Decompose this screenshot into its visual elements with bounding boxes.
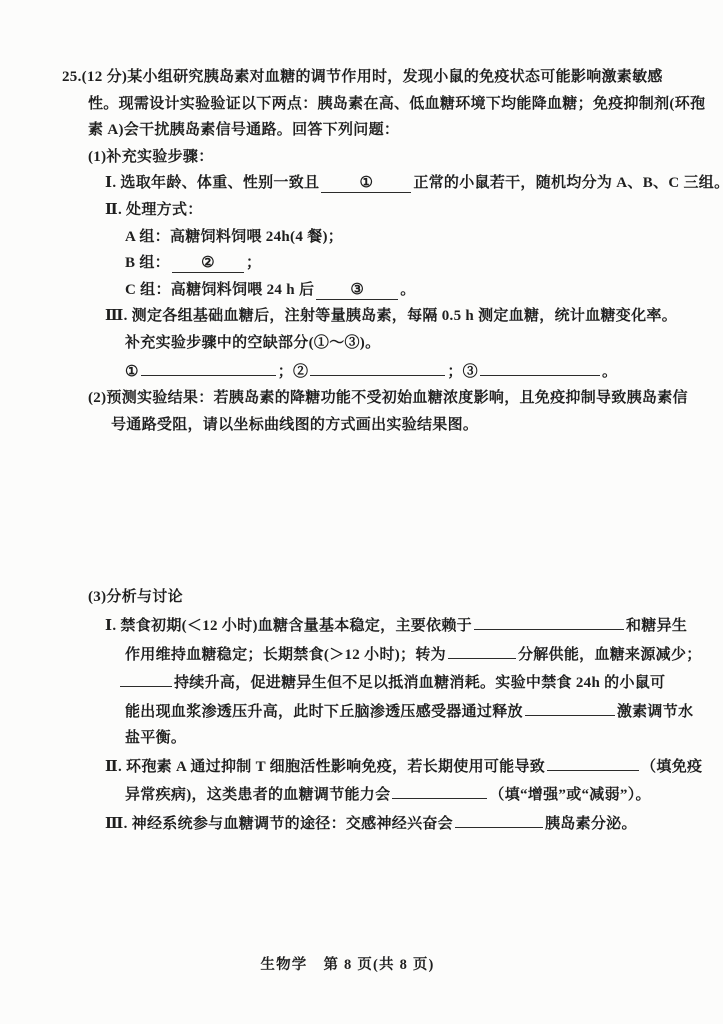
part3-d1-line-4: 能出现血浆渗透压升高，此时下丘脑渗透压感受器通过释放激素调节水 [125, 697, 677, 726]
part3-d1-pre-4: 能出现血浆渗透压升高，此时下丘脑渗透压感受器通过释放 [125, 704, 523, 720]
part3-d3-pre: Ⅲ. 神经系统参与血糖调节的途径：交感神经兴奋会 [105, 816, 453, 832]
part3-d1-post-1: 和糖异生 [626, 618, 687, 634]
page-footer: 生物学第 8 页(共 8 页) [40, 952, 655, 979]
curve-drawing-space [62, 438, 677, 584]
part3-d1-line-1: Ⅰ. 禁食初期(＜12 小时)血糖含量基本稳定，主要依赖于和糖异生 [105, 611, 677, 640]
part1-step1-pre: Ⅰ. 选取年龄、体重、性别一致且 [105, 175, 319, 191]
answer-line-blank-1 [141, 357, 276, 376]
answer-blank-glycogen [474, 611, 624, 630]
exam-page: 25.(12 分)某小组研究胰岛素对血糖的调节作用时，发现小鼠的免疫状态可能影响… [0, 0, 723, 1024]
part3-d1-post-2: 分解供能，血糖来源减少； [518, 647, 702, 663]
part2-text-2: 号通路受阻，请以坐标曲线图的方式画出实验结果图。 [111, 417, 478, 433]
part3-d1-post-4: 激素调节水 [617, 704, 694, 720]
question-intro-text-1: 25.(12 分)某小组研究胰岛素对血糖的调节作用时，发现小鼠的免疫状态可能影响… [62, 69, 663, 85]
part1-step2-text: Ⅱ. 处理方式： [105, 202, 203, 218]
part1-groupC-post: 。 [400, 282, 415, 298]
question-intro-text-2: 性。现需设计实验验证以下两点：胰岛素在高、低血糖环境下均能降血糖；免疫抑制剂(环… [88, 96, 705, 112]
question-intro-text-3: 素 A)会干扰胰岛素信号通路。回答下列问题： [88, 122, 399, 138]
part3-d1-text-5: 盐平衡。 [125, 730, 186, 746]
part1-groupB-line: B 组：②； [125, 250, 677, 277]
answer-blank-regulation-ability [392, 780, 487, 799]
part1-ans1-label: ① [125, 364, 139, 380]
part1-groupB-post: ； [246, 255, 261, 271]
part1-groupC-line: C 组：高糖饲料饲喂 24 h 后③。 [125, 277, 677, 304]
part2-line-1: (2)预测实验结果：若胰岛素的降糖功能不受初始血糖浓度影响，且免疫抑制导致胰岛素… [88, 385, 677, 412]
part1-fill-note-text: 补充实验步骤中的空缺部分(①～③)。 [125, 335, 380, 351]
part3-heading: (3)分析与讨论 [88, 584, 677, 611]
part3-d2-line-2: 异常疾病)，这类患者的血糖调节能力会（填“增强”或“减弱”）。 [125, 780, 677, 809]
part3-d1-line-5: 盐平衡。 [125, 725, 677, 752]
part1-step1-post: 正常的小鼠若干，随机均分为 A、B、C 三组。 [413, 175, 723, 191]
part1-step1-line: Ⅰ. 选取年龄、体重、性别一致且①正常的小鼠若干，随机均分为 A、B、C 三组。 [105, 170, 677, 197]
answer-blank-circle2: ② [172, 254, 244, 273]
part3-d2-post-1: （填免疫 [641, 759, 702, 775]
part3-d2-pre-1: Ⅱ. 环孢素 A 通过抑制 T 细胞活性影响免疫，若长期使用可能导致 [105, 759, 545, 775]
part1-heading-text: (1)补充实验步骤： [88, 149, 214, 165]
answer-line-blank-2 [310, 357, 445, 376]
bottom-whitespace [62, 838, 677, 952]
part3-d1-line-2: 作用维持血糖稳定；长期禁食(＞12 小时)；转为分解供能，血糖来源减少； [125, 640, 677, 669]
part3-d1-line-3: 持续升高，促进糖异生但不足以抵消血糖消耗。实验中禁食 24h 的小鼠可 [118, 668, 677, 697]
answer-blank-circle3: ③ [316, 281, 398, 300]
part1-heading: (1)补充实验步骤： [88, 144, 677, 171]
part1-step3-line: Ⅲ. 测定各组基础血糖后，注射等量胰岛素，每隔 0.5 h 测定血糖，统计血糖变… [105, 303, 677, 330]
part3-d2-line-1: Ⅱ. 环孢素 A 通过抑制 T 细胞活性影响免疫，若长期使用可能导致（填免疫 [105, 752, 677, 781]
part2-text-1: (2)预测实验结果：若胰岛素的降糖功能不受初始血糖浓度影响，且免疫抑制导致胰岛素… [88, 390, 688, 406]
part1-groupC-pre: C 组：高糖饲料饲喂 24 h 后 [125, 282, 314, 298]
part1-answer-line: ①；②；③。 [125, 357, 677, 386]
answer-blank-fat [448, 640, 516, 659]
part3-d2-pre-2: 异常疾病)，这类患者的血糖调节能力会 [125, 787, 390, 803]
part1-groupA-text: A 组：高糖饲料饲喂 24h(4 餐)； [125, 229, 343, 245]
answer-blank-immune-disease [547, 752, 639, 771]
part3-d1-pre-1: Ⅰ. 禁食初期(＜12 小时)血糖含量基本稳定，主要依赖于 [105, 618, 472, 634]
answer-blank-sympathetic [455, 809, 543, 828]
part3-d2-post-2: （填“增强”或“减弱”）。 [489, 787, 650, 803]
part3-d1-post-3: 持续升高，促进糖异生但不足以抵消血糖消耗。实验中禁食 24h 的小鼠可 [174, 675, 665, 691]
footer-subject: 生物学 [260, 957, 307, 973]
part1-ans3-label: ；③ [447, 364, 478, 380]
answer-line-blank-3 [480, 357, 600, 376]
part1-groupA-line: A 组：高糖饲料饲喂 24h(4 餐)； [125, 224, 677, 251]
question-intro-line-1: 25.(12 分)某小组研究胰岛素对血糖的调节作用时，发现小鼠的免疫状态可能影响… [62, 64, 677, 91]
part3-d1-pre-2: 作用维持血糖稳定；长期禁食(＞12 小时)；转为 [125, 647, 446, 663]
part2-line-2: 号通路受阻，请以坐标曲线图的方式画出实验结果图。 [111, 412, 677, 439]
answer-blank-circle1: ① [321, 174, 411, 193]
part3-d3-post: 胰岛素分泌。 [545, 816, 637, 832]
part1-groupB-pre: B 组： [125, 255, 170, 271]
part3-d3-line: Ⅲ. 神经系统参与血糖调节的途径：交感神经兴奋会胰岛素分泌。 [105, 809, 677, 838]
question-intro-line-3: 素 A)会干扰胰岛素信号通路。回答下列问题： [88, 117, 677, 144]
answer-blank-adh [525, 697, 615, 716]
part1-step3-text: Ⅲ. 测定各组基础血糖后，注射等量胰岛素，每隔 0.5 h 测定血糖，统计血糖变… [105, 308, 677, 324]
part1-ans2-label: ；② [278, 364, 309, 380]
answer-blank-hormone-rise [120, 668, 172, 687]
footer-page-number: 第 8 页(共 8 页) [324, 957, 435, 973]
part1-fill-note-line: 补充实验步骤中的空缺部分(①～③)。 [125, 330, 677, 357]
question-intro-line-2: 性。现需设计实验验证以下两点：胰岛素在高、低血糖环境下均能降血糖；免疫抑制剂(环… [88, 91, 677, 118]
part3-heading-text: (3)分析与讨论 [88, 589, 183, 605]
part1-ans-end: 。 [602, 364, 617, 380]
part1-step2-line: Ⅱ. 处理方式： [105, 197, 677, 224]
